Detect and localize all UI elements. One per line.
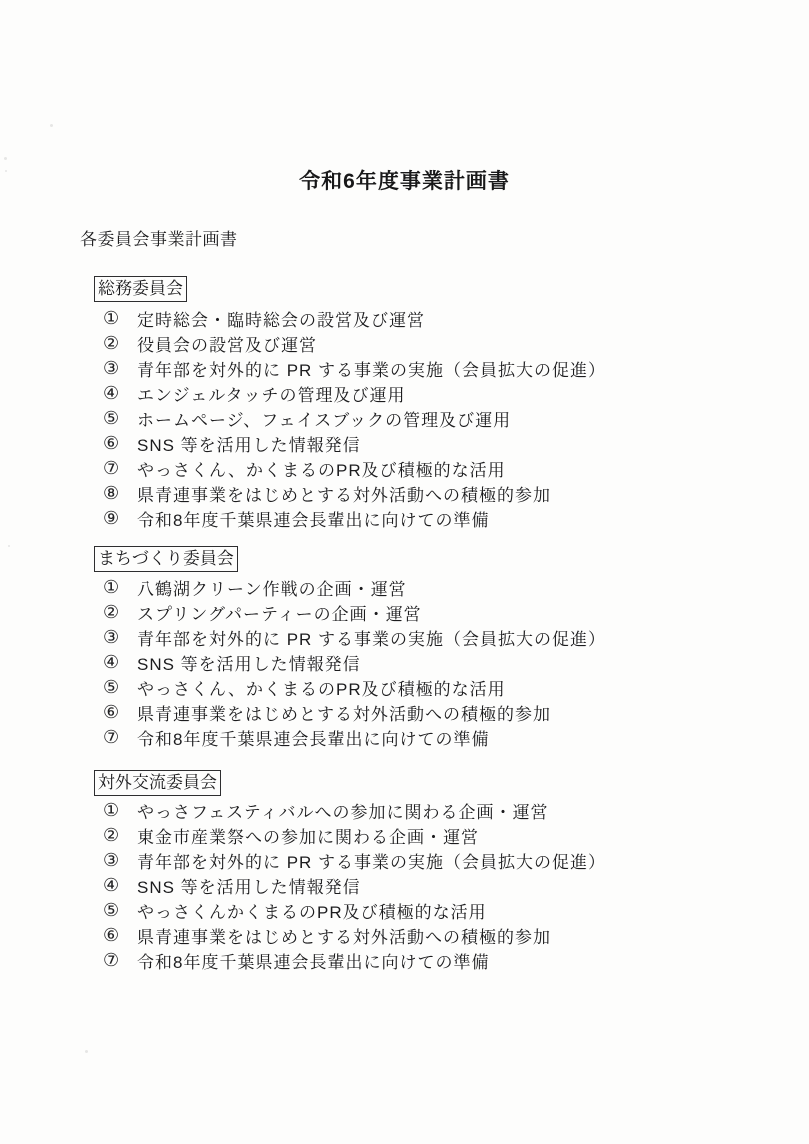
item-text: 役員会の設営及び運営 bbox=[137, 331, 317, 356]
item-number: ① bbox=[103, 577, 125, 598]
item-number: ⑦ bbox=[103, 727, 125, 748]
scan-speck bbox=[85, 1050, 88, 1053]
list-item: ③ 青年部を対外的に PR する事業の実施（会員拡大の促進） bbox=[103, 625, 809, 650]
section-external-exchange-committee: 対外交流委員会 ① やっさフェスティバルへの参加に関わる企画・運営 ② 東金市産… bbox=[0, 770, 809, 973]
item-number: ⑤ bbox=[103, 408, 125, 429]
list-item: ⑨ 令和8年度千葉県連会長輩出に向けての準備 bbox=[103, 506, 809, 531]
list-item: ④ エンジェルタッチの管理及び運用 bbox=[103, 381, 809, 406]
item-number: ⑤ bbox=[103, 900, 125, 921]
list-item: ⑥ 県青連事業をはじめとする対外活動への積極的参加 bbox=[103, 923, 809, 948]
list-item: ⑤ やっさくんかくまるのPR及び積極的な活用 bbox=[103, 898, 809, 923]
item-text: やっさくんかくまるのPR及び積極的な活用 bbox=[137, 898, 487, 923]
item-number: ① bbox=[103, 800, 125, 821]
list-item: ⑥ 県青連事業をはじめとする対外活動への積極的参加 bbox=[103, 700, 809, 725]
list-item: ② スプリングパーティーの企画・運営 bbox=[103, 600, 809, 625]
page-title: 令和6年度事業計画書 bbox=[0, 170, 809, 193]
list-item: ④ SNS 等を活用した情報発信 bbox=[103, 650, 809, 675]
list-item: ④ SNS 等を活用した情報発信 bbox=[103, 873, 809, 898]
item-list: ① 定時総会・臨時総会の設営及び運営 ② 役員会の設営及び運営 ③ 青年部を対外… bbox=[0, 306, 809, 531]
section-general-affairs-committee: 総務委員会 ① 定時総会・臨時総会の設営及び運営 ② 役員会の設営及び運営 ③ … bbox=[0, 276, 809, 531]
item-text: 東金市産業祭への参加に関わる企画・運営 bbox=[137, 823, 479, 848]
item-text: 令和8年度千葉県連会長輩出に向けての準備 bbox=[137, 948, 489, 973]
item-number: ⑦ bbox=[103, 458, 125, 479]
item-number: ④ bbox=[103, 652, 125, 673]
scan-speck bbox=[5, 170, 7, 172]
document-subtitle: 各委員会事業計画書 bbox=[80, 230, 809, 250]
item-text: 令和8年度千葉県連会長輩出に向けての準備 bbox=[137, 506, 489, 531]
item-number: ③ bbox=[103, 358, 125, 379]
section-heading: 総務委員会 bbox=[94, 276, 187, 302]
item-text: 県青連事業をはじめとする対外活動への積極的参加 bbox=[137, 481, 551, 506]
item-number: ⑥ bbox=[103, 702, 125, 723]
item-text: 令和8年度千葉県連会長輩出に向けての準備 bbox=[137, 725, 489, 750]
item-text: 八鶴湖クリーン作戦の企画・運営 bbox=[137, 575, 407, 600]
list-item: ⑦ 令和8年度千葉県連会長輩出に向けての準備 bbox=[103, 948, 809, 973]
item-text: やっさフェスティバルへの参加に関わる企画・運営 bbox=[137, 798, 548, 823]
list-item: ② 東金市産業祭への参加に関わる企画・運営 bbox=[103, 823, 809, 848]
section-heading: まちづくり委員会 bbox=[94, 546, 238, 572]
section-heading: 対外交流委員会 bbox=[94, 770, 221, 796]
item-number: ⑨ bbox=[103, 508, 125, 529]
item-number: ⑤ bbox=[103, 677, 125, 698]
item-text: 青年部を対外的に PR する事業の実施（会員拡大の促進） bbox=[137, 356, 606, 381]
item-list: ① やっさフェスティバルへの参加に関わる企画・運営 ② 東金市産業祭への参加に関… bbox=[0, 798, 809, 973]
list-item: ⑧ 県青連事業をはじめとする対外活動への積極的参加 bbox=[103, 481, 809, 506]
item-text: やっさくん、かくまるのPR及び積極的な活用 bbox=[137, 456, 506, 481]
item-text: SNS 等を活用した情報発信 bbox=[137, 873, 361, 898]
item-text: ホームページ、フェイスブックの管理及び運用 bbox=[137, 406, 511, 431]
list-item: ⑤ ホームページ、フェイスブックの管理及び運用 bbox=[103, 406, 809, 431]
list-item: ① 定時総会・臨時総会の設営及び運営 bbox=[103, 306, 809, 331]
list-item: ③ 青年部を対外的に PR する事業の実施（会員拡大の促進） bbox=[103, 356, 809, 381]
item-text: エンジェルタッチの管理及び運用 bbox=[137, 381, 406, 406]
item-number: ② bbox=[103, 602, 125, 623]
list-item: ⑦ 令和8年度千葉県連会長輩出に向けての準備 bbox=[103, 725, 809, 750]
item-number: ③ bbox=[103, 627, 125, 648]
item-text: やっさくん、かくまるのPR及び積極的な活用 bbox=[137, 675, 506, 700]
list-item: ① やっさフェスティバルへの参加に関わる企画・運営 bbox=[103, 798, 809, 823]
item-text: SNS 等を活用した情報発信 bbox=[137, 431, 361, 456]
item-text: SNS 等を活用した情報発信 bbox=[137, 650, 361, 675]
item-text: 定時総会・臨時総会の設営及び運営 bbox=[137, 306, 425, 331]
item-number: ⑧ bbox=[103, 483, 125, 504]
list-item: ② 役員会の設営及び運営 bbox=[103, 331, 809, 356]
scan-speck bbox=[8, 545, 10, 547]
item-text: 青年部を対外的に PR する事業の実施（会員拡大の促進） bbox=[137, 625, 606, 650]
scanned-document-page: 令和6年度事業計画書 各委員会事業計画書 総務委員会 ① 定時総会・臨時総会の設… bbox=[0, 0, 809, 1144]
item-text: 県青連事業をはじめとする対外活動への積極的参加 bbox=[137, 923, 551, 948]
item-text: スプリングパーティーの企画・運営 bbox=[137, 600, 422, 625]
item-number: ② bbox=[103, 333, 125, 354]
list-item: ① 八鶴湖クリーン作戦の企画・運営 bbox=[103, 575, 809, 600]
section-town-development-committee: まちづくり委員会 ① 八鶴湖クリーン作戦の企画・運営 ② スプリングパーティーの… bbox=[0, 546, 809, 750]
item-number: ① bbox=[103, 308, 125, 329]
item-number: ⑥ bbox=[103, 433, 125, 454]
item-number: ④ bbox=[103, 383, 125, 404]
list-item: ⑤ やっさくん、かくまるのPR及び積極的な活用 bbox=[103, 675, 809, 700]
scan-speck bbox=[4, 157, 7, 160]
item-number: ② bbox=[103, 825, 125, 846]
list-item: ⑦ やっさくん、かくまるのPR及び積極的な活用 bbox=[103, 456, 809, 481]
item-number: ④ bbox=[103, 875, 125, 896]
item-text: 県青連事業をはじめとする対外活動への積極的参加 bbox=[137, 700, 551, 725]
item-list: ① 八鶴湖クリーン作戦の企画・運営 ② スプリングパーティーの企画・運営 ③ 青… bbox=[0, 575, 809, 750]
list-item: ③ 青年部を対外的に PR する事業の実施（会員拡大の促進） bbox=[103, 848, 809, 873]
item-number: ③ bbox=[103, 850, 125, 871]
item-number: ⑦ bbox=[103, 950, 125, 971]
list-item: ⑥ SNS 等を活用した情報発信 bbox=[103, 431, 809, 456]
item-text: 青年部を対外的に PR する事業の実施（会員拡大の促進） bbox=[137, 848, 606, 873]
item-number: ⑥ bbox=[103, 925, 125, 946]
scan-speck bbox=[50, 124, 53, 127]
